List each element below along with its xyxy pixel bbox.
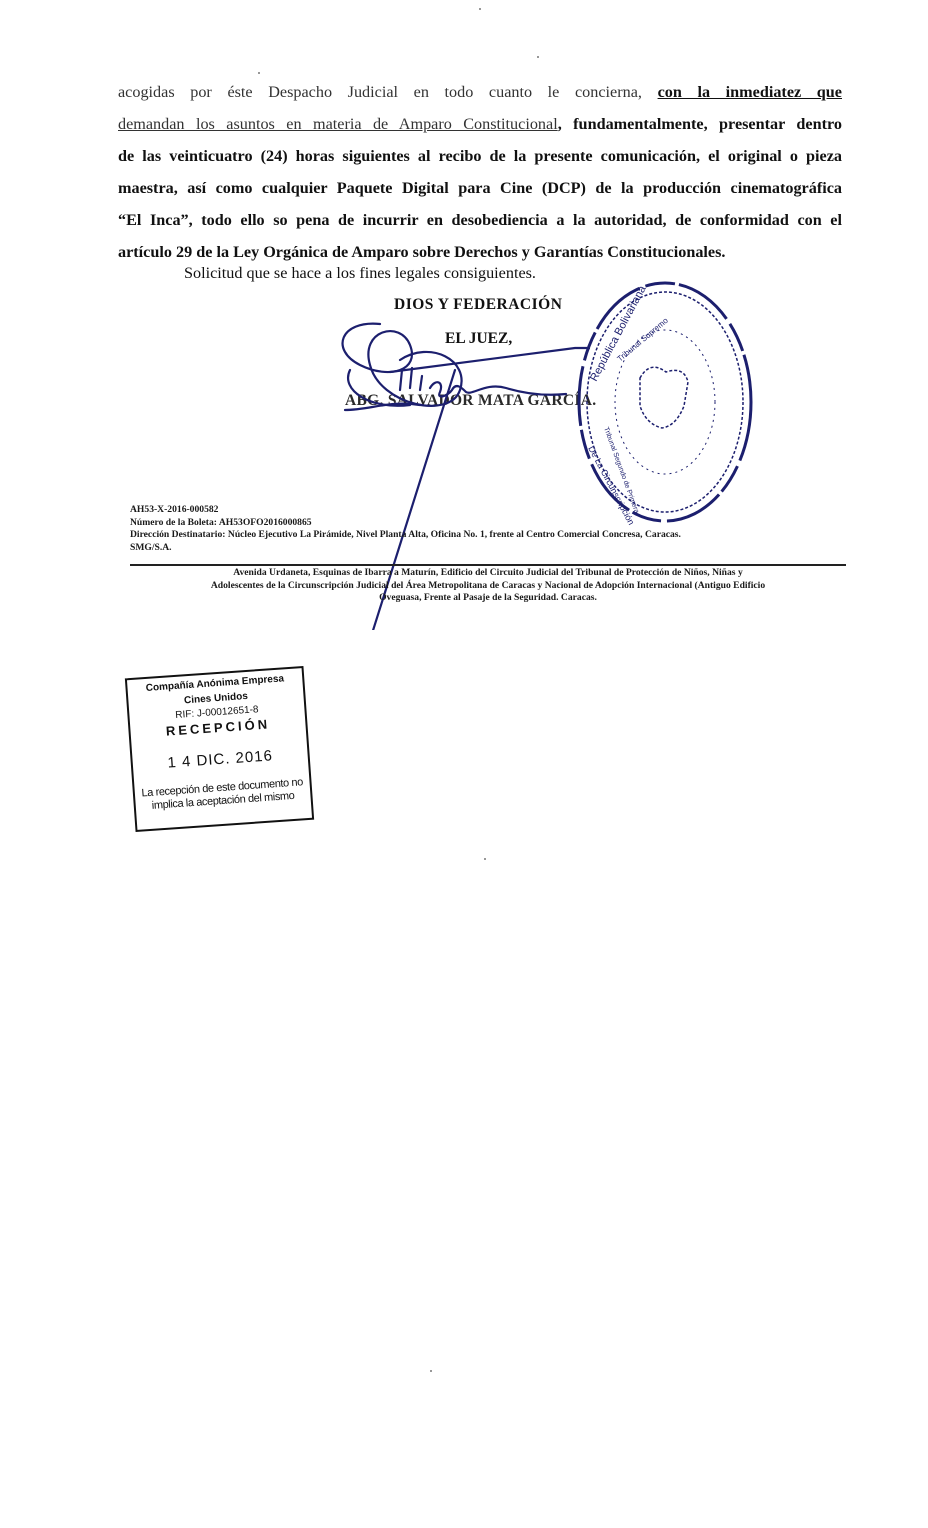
body-line-1: acogidas por éste Despacho Judicial en t… — [118, 76, 842, 108]
body-line-3: de las veinticuatro (24) horas siguiente… — [118, 140, 842, 172]
court-seal-icon: República Bolivariana Tribunal Supremo T… — [574, 278, 756, 526]
scan-speck — [430, 1370, 432, 1372]
body-line-5: “El Inca”, todo ello so pena de incurrir… — [118, 204, 842, 236]
address-label: Dirección Destinatario: — [130, 529, 225, 540]
document-body: acogidas por éste Despacho Judicial en t… — [118, 76, 842, 268]
address-value: Núcleo Ejecutivo La Pirámide, Nivel Plan… — [228, 529, 681, 540]
footer-line-2: Adolescentes de la Circunscripción Judic… — [130, 580, 846, 593]
scan-speck — [258, 72, 260, 74]
footer-line-3: Oveguasa, Frente al Pasaje de la Segurid… — [130, 592, 846, 605]
ticket-number: AH53OFO2016000865 — [219, 517, 312, 528]
body-line-2: demandan los asuntos en materia de Ampar… — [118, 108, 842, 140]
scan-speck — [479, 8, 481, 10]
closing-statement: Solicitud que se hace a los fines legale… — [184, 264, 536, 283]
footer-line-1: Avenida Urdaneta, Esquinas de Ibarra a M… — [130, 567, 846, 580]
scan-speck — [484, 858, 486, 860]
footer-divider — [130, 564, 846, 566]
address-line: Dirección Destinatario: Núcleo Ejecutivo… — [130, 529, 681, 542]
case-number: AH53-X-2016-000582 — [130, 504, 681, 517]
references-block: AH53-X-2016-000582 Número de la Boleta: … — [130, 504, 681, 554]
scan-speck — [537, 56, 539, 58]
stamp-date: 1 4 DIC. 2016 — [132, 745, 308, 774]
body-line-4: maestra, así como cualquier Paquete Digi… — [118, 172, 842, 204]
ticket-line: Número de la Boleta: AH53OFO2016000865 — [130, 517, 681, 530]
initials: SMG/S.A. — [130, 542, 681, 555]
court-address-footer: Avenida Urdaneta, Esquinas de Ibarra a M… — [130, 567, 846, 605]
reception-stamp: Compañía Anónima Empresa Cines Unidos RI… — [125, 666, 314, 832]
ticket-label: Número de la Boleta: — [130, 517, 217, 528]
seal-outer-text: República Bolivariana — [588, 283, 649, 383]
